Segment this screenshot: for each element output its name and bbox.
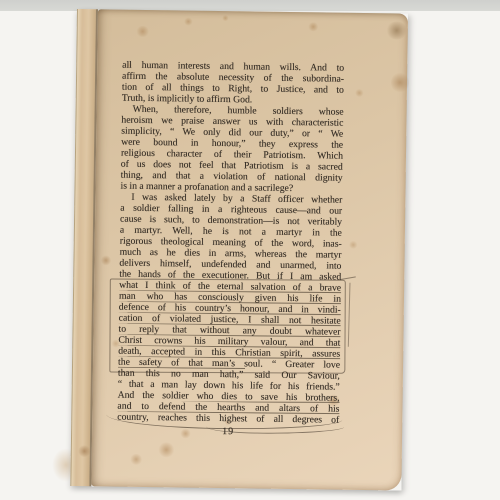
page-text: all human interests and human wills. And…	[117, 60, 344, 439]
foxing-spot	[222, 15, 229, 21]
foxing-spot	[100, 255, 111, 265]
foxing-spot	[308, 22, 319, 31]
photo-top-band	[0, 0, 500, 11]
book-photo: { "photo": { "background_color": "#f5f4f…	[0, 0, 500, 500]
foxing-spot	[184, 17, 193, 25]
foxing-spot	[391, 71, 409, 93]
foxing-spot	[355, 89, 364, 97]
foxing-spot	[349, 241, 358, 249]
foxing-spot	[78, 445, 91, 457]
foxing-spot	[130, 454, 143, 465]
pencil-box-annotation	[109, 279, 345, 374]
foxing-spot	[386, 21, 408, 39]
foxing-spot	[158, 442, 175, 457]
foxing-spot	[136, 26, 150, 37]
book: all human interests and human wills. And…	[70, 9, 408, 491]
book-page: all human interests and human wills. And…	[91, 9, 408, 490]
